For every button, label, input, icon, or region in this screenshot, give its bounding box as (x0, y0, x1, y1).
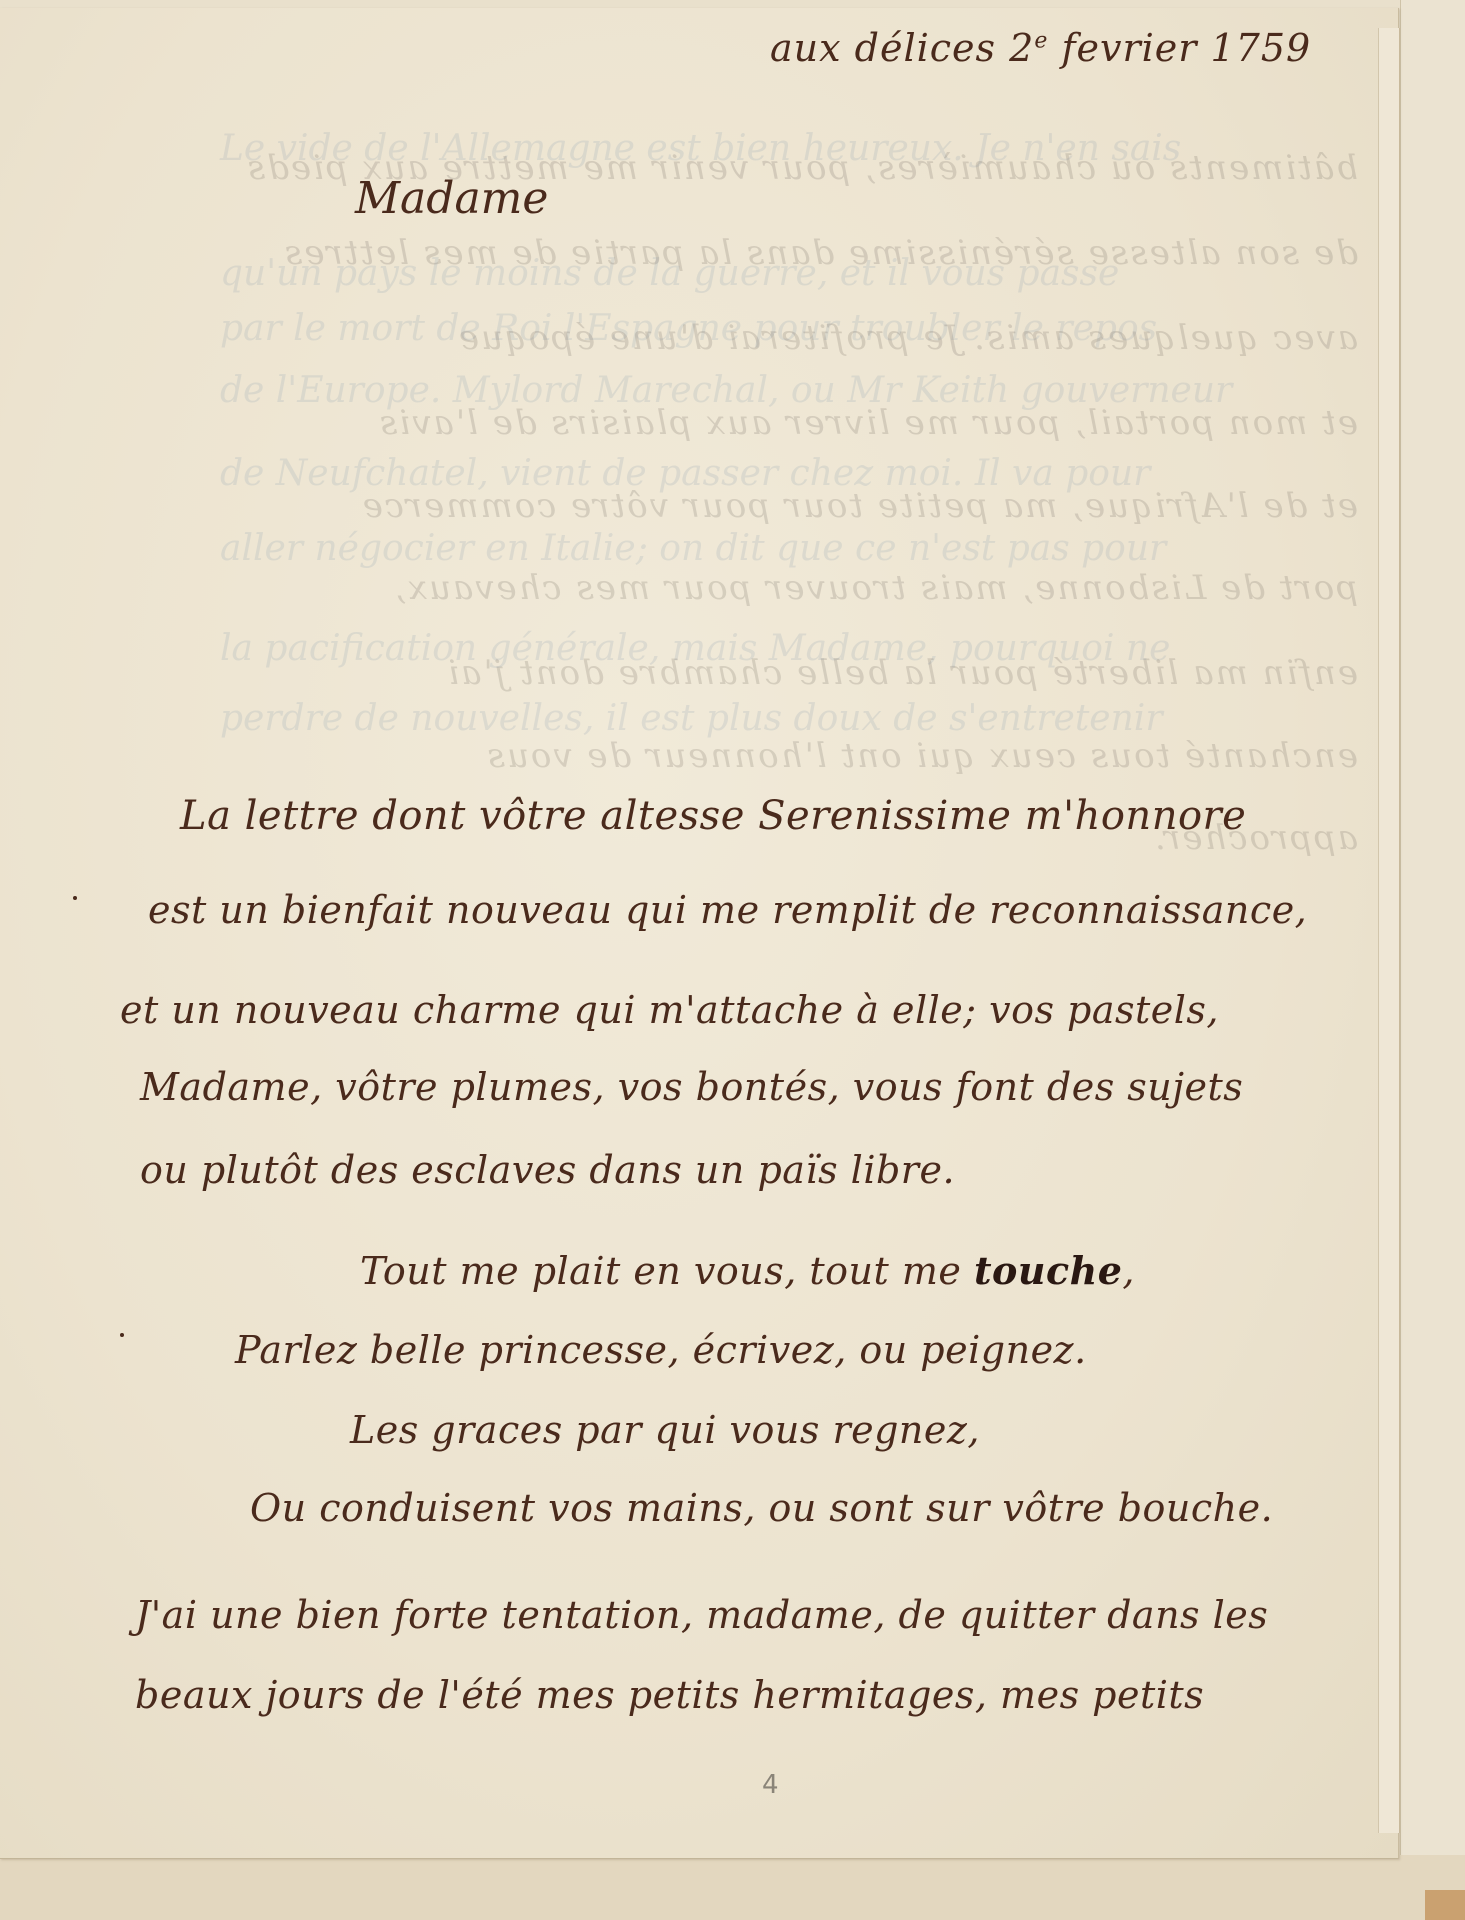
verse-line-1: Tout me plait en vous, tout me touche, (360, 1248, 1135, 1293)
dateline-place: aux délices (770, 26, 996, 70)
paragraph-1-line: ou plutôt des esclaves dans un païs libr… (140, 1148, 955, 1192)
verso-text-line: la pacification générale, mais Madame, p… (220, 628, 1368, 669)
verso-text-line: aller négocier en Italie; on dit que ce … (220, 528, 1368, 569)
dateline-day: 2 (1009, 26, 1034, 70)
verso-text-line: perdre de nouvelles, il est plus doux de… (220, 698, 1368, 739)
verse-punctuation: , (1122, 1249, 1135, 1293)
mirrored-text-line: de son altesse sérénissime dans la parti… (20, 233, 1358, 273)
bleed-through-layer: Le vide de l'Allemagne est bien heureux.… (0, 8, 1398, 1858)
mirrored-text-line: bâtiments ou chaumières, pour venir me m… (20, 148, 1358, 188)
ink-speck (73, 896, 77, 900)
paragraph-1-line: Madame, vôtre plumes, vos bontés, vous f… (140, 1065, 1243, 1109)
manuscript-page: Le vide de l'Allemagne est bien heureux.… (0, 8, 1399, 1859)
page-fold-edge (1378, 28, 1400, 1833)
verso-text-line: Le vide de l'Allemagne est bien heureux.… (220, 128, 1368, 169)
verse-line-4: Ou conduisent vos mains, ou sont sur vôt… (250, 1486, 1273, 1530)
dateline: aux délices 2e fevrier 1759 (770, 26, 1311, 70)
paragraph-2-line: J'ai une bien forte tentation, madame, d… (135, 1593, 1268, 1637)
salutation: Madame (355, 173, 548, 224)
lower-sheet (0, 1855, 1465, 1920)
verse-line-3: Les graces par qui vous regnez, (350, 1408, 980, 1452)
mirrored-text-line: enchanté tous ceux qui ont l'honneur de … (20, 736, 1358, 776)
mirrored-text-line: avec quelques amis. Je profiterai d'une … (20, 318, 1358, 358)
overwritten-word: touche (974, 1248, 1122, 1293)
paragraph-1-line: La lettre dont vôtre altesse Serenissime… (180, 793, 1246, 839)
backing-board (1425, 1890, 1465, 1920)
verso-text-line: de Neufchatel, vient de passer chez moi.… (220, 453, 1368, 494)
paragraph-1-line: est un bienfait nouveau qui me remplit d… (148, 888, 1307, 932)
adjacent-page-edge (1400, 0, 1465, 1920)
mirrored-text-line: enfin ma liberté pour la belle chambre d… (20, 653, 1358, 693)
mirrored-text-line: et mon portail, pour me livrer aux plais… (20, 403, 1358, 443)
mirrored-text-line: port de Lisbonne, mais trouver pour mes … (20, 568, 1358, 608)
verso-text-line: qu'un pays le moins de la guerre, et il … (220, 253, 1368, 294)
paragraph-1-line: et un nouveau charme qui m'attache à ell… (120, 988, 1219, 1032)
verse-line-2: Parlez belle princesse, écrivez, ou peig… (235, 1328, 1087, 1372)
pencil-page-number: 4 (762, 1770, 779, 1800)
paragraph-2-line: beaux jours de l'été mes petits hermitag… (135, 1673, 1204, 1717)
verso-text-line: de l'Europe. Mylord Marechal, ou Mr Keit… (220, 370, 1368, 411)
mirrored-text-line: et de l'Afrique, ma petite tour pour vôt… (20, 486, 1358, 526)
verse-text: Tout me plait en vous, tout me (360, 1249, 974, 1293)
verso-text-line: par le mort de Roi l'Espagne pour troubl… (220, 308, 1368, 349)
dateline-month-year: fevrier 1759 (1061, 26, 1311, 70)
dateline-day-suffix: e (1034, 28, 1048, 53)
ink-speck (120, 1333, 124, 1337)
